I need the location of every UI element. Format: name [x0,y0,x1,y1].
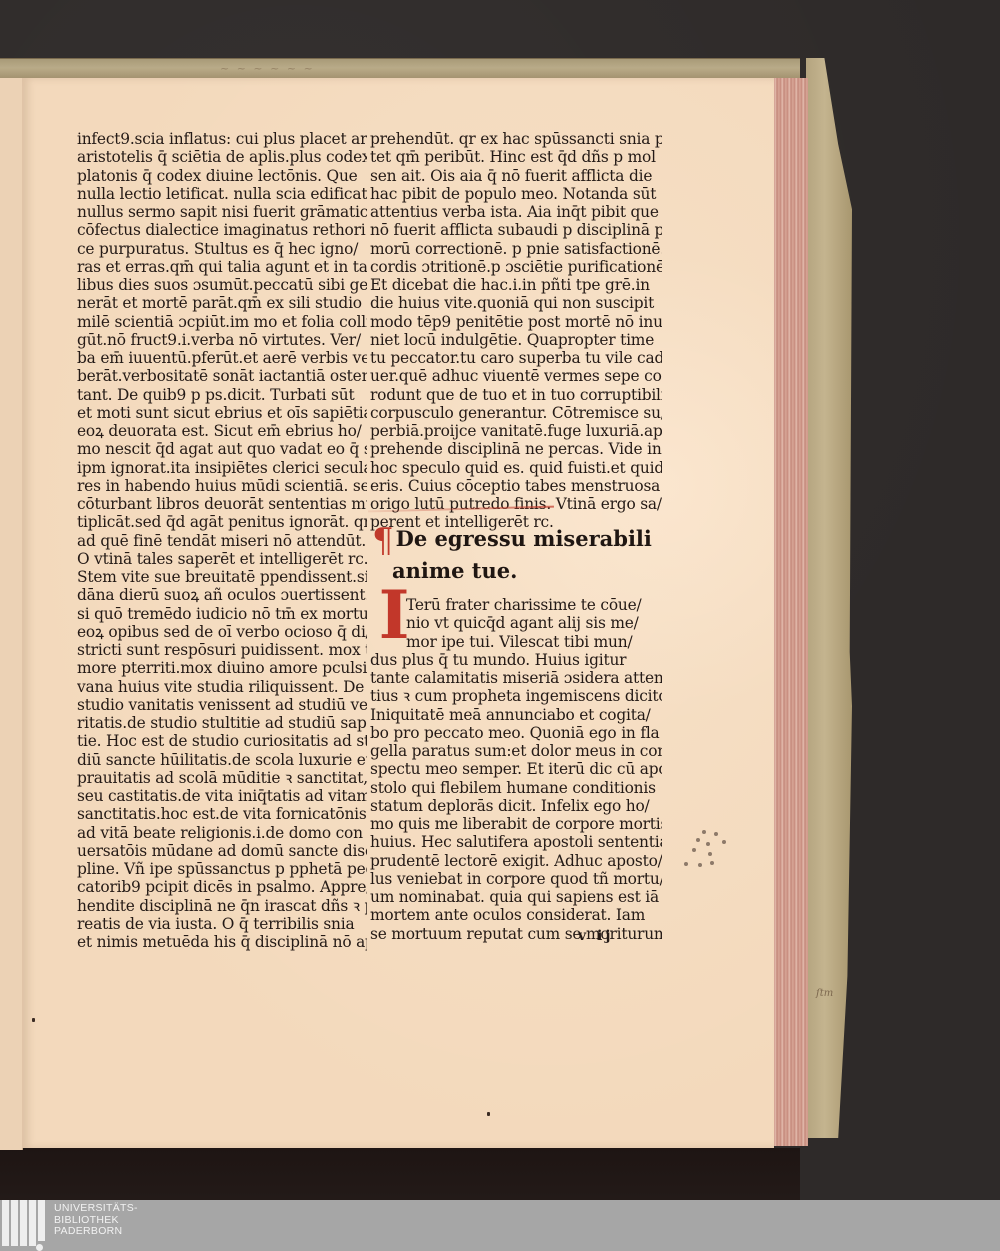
text-line: die huius vite.quoniā qui non suscipit [370,294,662,312]
text-line: sanctitatis.hoc est.de vita fornicatōnis [77,805,367,823]
text-line: mo nescit q̄d agat aut quo vadat eo q̄ s… [77,440,367,458]
logo-line-1: UNIVERSITÄTS- [54,1203,138,1215]
right-text-column-bottom: Terū frater charissime te cōue/nio vt qu… [370,596,662,943]
pilcrow-icon: ¶ [372,526,394,556]
text-line: Terū frater charissime te cōue/ [370,596,662,614]
paper-speck [32,1018,35,1022]
text-line: vana huius vite studia riliquissent. De [77,678,367,696]
text-line: attentius verba ista. Aia inq̄t pibit qu… [370,203,662,221]
right-text-column-top: prehendūt. qr ex hac spūssancti snia pa/… [370,130,662,532]
text-line: nerāt et mortē parāt.qm̄ ex sili studio … [77,294,367,312]
text-line: perbiā.proijce vanitatē.fuge luxuriā.ap/ [370,422,662,440]
text-line: dāna dierū suoꝝ añ oculos ɔuertissent. [77,586,367,604]
text-line: Stem vite sue breuitatē ppendissent.si [77,568,367,586]
text-line: gella paratus sum:et dolor meus in con [370,742,662,760]
logo-dot-icon [36,1244,43,1251]
text-line: huius. Hec salutifera apostoli sententia [370,833,662,851]
text-line: bo pro peccato meo. Quoniā ego in fla [370,724,662,742]
left-text-column: infect9.scia inflatus: cui plus placet a… [77,130,367,951]
text-line: catorib9 pcipit dicēs in psalmo. Appre/ [77,878,367,896]
text-line: Iniquitatē meā annunciabo et cogita/ [370,706,662,724]
text-line: tiplicāt.sed q̄d agāt penitus ignorāt. q… [77,513,367,531]
text-line: infect9.scia inflatus: cui plus placet a… [77,130,367,148]
text-line: uer.quē adhuc viuentē vermes sepe cor/ [370,367,662,385]
text-line: reatis de via iusta. O q̄ terribilis sni… [77,915,367,933]
text-line: res in habendo huius mūdi scientiā. se [77,477,367,495]
text-line: et moti sunt sicut ebrius et oīs sapiēti… [77,404,367,422]
text-line: tet qm̄ peribūt. Hinc est q̄d dñs p mol [370,148,662,166]
text-line: nulla lectio letificat. nulla scia edifi… [77,185,367,203]
text-line: nullus sermo sapit nisi fuerit grāmatice [77,203,367,221]
footer-bar: UNIVERSITÄTS- BIBLIOTHEK PADERBORN [0,1200,1000,1251]
pinholes [682,828,742,868]
text-line: nio vt quicq̄d agant alij sis me/ [370,614,662,632]
text-line: niet locū indulgētie. Quapropter time [370,331,662,349]
text-line: spectu meo semper. Et iterū dic cū apo/ [370,760,662,778]
verso-page-edge: ViS [0,78,23,1150]
text-line: cōfectus dialectice imaginatus rethori [77,221,367,239]
text-line: ras et erras.qm̄ qui talia agunt et in t… [77,258,367,276]
text-line: prehendūt. qr ex hac spūssancti snia pa/ [370,130,662,148]
text-line: milē scientiā ɔcpiūt.im mo et folia coll… [77,313,367,331]
text-line: ipm ignorat.ita insipiētes clerici secul… [77,459,367,477]
text-line: ad quē finē tendāt miseri nō attendūt. [77,532,367,550]
text-line: statum deplorās dicit. Infelix ego ho/ [370,797,662,815]
text-line: diū sancte hūilitatis.de scola luxurie e… [77,751,367,769]
text-line: eris. Cuius cōceptio tabes menstruosa [370,477,662,495]
text-line: lus veniebat in corpore quod tñ mortu/ [370,870,662,888]
text-line: tius ꝛ cum propheta ingemiscens dicito [370,687,662,705]
text-line: hac pibit de populo meo. Notanda sūt [370,185,662,203]
text-line: rodunt que de tuo et in tuo corruptibili [370,386,662,404]
text-line: pline. Vñ ipe spūssanctus p pphetā pec [77,860,367,878]
text-line: tie. Hoc est de studio curiositatis ad s… [77,732,367,750]
chapter-heading-line-1: De egressu miserabili [396,526,652,551]
text-line: stolo qui flebilem humane conditionis [370,779,662,797]
text-line: berāt.verbositatē sonāt iactantiā osten/ [77,367,367,385]
text-line: hoc speculo quid es. quid fuisti.et quid [370,459,662,477]
text-line: nō fuerit afflicta subaudi p disciplinā … [370,221,662,239]
text-line: sen ait. Ois aia q̄ nō fuerit afflicta d… [370,167,662,185]
flap-faint-writing: ſtm [816,988,833,999]
text-line: tante calamitatis miseriā ɔsidera atten [370,669,662,687]
book-shadow [0,1148,800,1200]
chapter-heading-line-2: anime tue. [372,556,672,586]
text-line: morū correctionē. p pnie satisfactionē. … [370,240,662,258]
text-line: mortem ante oculos considerat. Iam [370,906,662,924]
text-line: tu peccator.tu caro superba tu vile cada [370,349,662,367]
text-line: ad vitā beate religionis.i.de domo con [77,824,367,842]
paper-speck [487,1112,490,1116]
vellum-binding-flap: ſtm [806,58,852,1138]
text-line: platonis q̄ codex diuine lectōnis. Que [77,167,367,185]
text-line: mor ipe tui. Vilescat tibi mun/ [370,633,662,651]
text-line: hendite disciplinā ne q̄n irascat dñs ꝛ … [77,897,367,915]
text-line: um nominabat. quia qui sapiens est iā [370,888,662,906]
text-line: et nimis metuēda his q̄ disciplinā nō ap [77,933,367,951]
text-line: prauitatis ad scolā mūditie ꝛ sanctitat, [77,769,367,787]
logo-line-3: PADERBORN [54,1226,138,1238]
text-line: tant. De quib9 p ps.dicit. Turbati sūt [77,386,367,404]
text-line: aristotelis q̄ sciētia de aplis.plus cod… [77,148,367,166]
library-logo-text: UNIVERSITÄTS- BIBLIOTHEK PADERBORN [54,1203,138,1238]
text-line: uersatōis mūdane ad domū sancte disci [77,842,367,860]
text-line: ritatis.de studio stultitie ad studiū sa… [77,714,367,732]
text-line: ce purpuratus. Stultus es q̄ hec igno/ [77,240,367,258]
chapter-heading: ¶De egressu miserabili anime tue. [372,524,672,586]
text-line: cōturbant libros deuorāt sententias mul [77,495,367,513]
text-line: eoꝝ deuorata est. Sicut em̄ ebrius ho/ [77,422,367,440]
signature-mark: v ij [578,928,613,944]
text-line: prudentē lectorē exigit. Adhuc aposto/ [370,852,662,870]
text-line: modo tēp9 penitētie post mortē nō inue/ [370,313,662,331]
recto-page: infect9.scia inflatus: cui plus placet a… [22,78,774,1148]
text-line: ba em̄ iuuentū.pferūt.et aerē verbis ver [77,349,367,367]
text-line: corpusculo generantur. Cōtremisce su/ [370,404,662,422]
text-line: studio vanitatis venissent ad studiū ve/ [77,696,367,714]
text-line: O vtinā tales saperēt et intelligerēt rc… [77,550,367,568]
text-line: seu castitatis.de vita iniq̄tatis ad vit… [77,787,367,805]
text-line: more pterriti.mox diuino amore pculsi. [77,659,367,677]
text-line: se mortuum reputat cum se moriturum [370,925,662,943]
text-line: dus plus q̄ tu mundo. Huius igitur [370,651,662,669]
page-edges [772,78,808,1146]
text-line: eoꝝ opibus sed de oī verbo ocioso q̄ di/ [77,623,367,641]
text-line: cordis ɔtritionē.p ɔsciētie purification… [370,258,662,276]
binding-faint-writing: ~ ~ ~ ~ ~ ~ [220,62,315,75]
text-line: mo quis me liberabit de corpore mortis [370,815,662,833]
text-line: gūt.nō fruct9.i.verba nō virtutes. Ver/ [77,331,367,349]
text-line: si quō tremēdo iudicio nō tm̄ ex mortu/s [77,605,367,623]
text-line: stricti sunt respōsuri puidissent. mox t… [77,641,367,659]
text-line: Et dicebat die hac.i.in pñti tpe grē.in [370,276,662,294]
text-line: libus dies suos ɔsumūt.peccatū sibi ge [77,276,367,294]
text-line: prehende disciplinā ne percas. Vide in [370,440,662,458]
